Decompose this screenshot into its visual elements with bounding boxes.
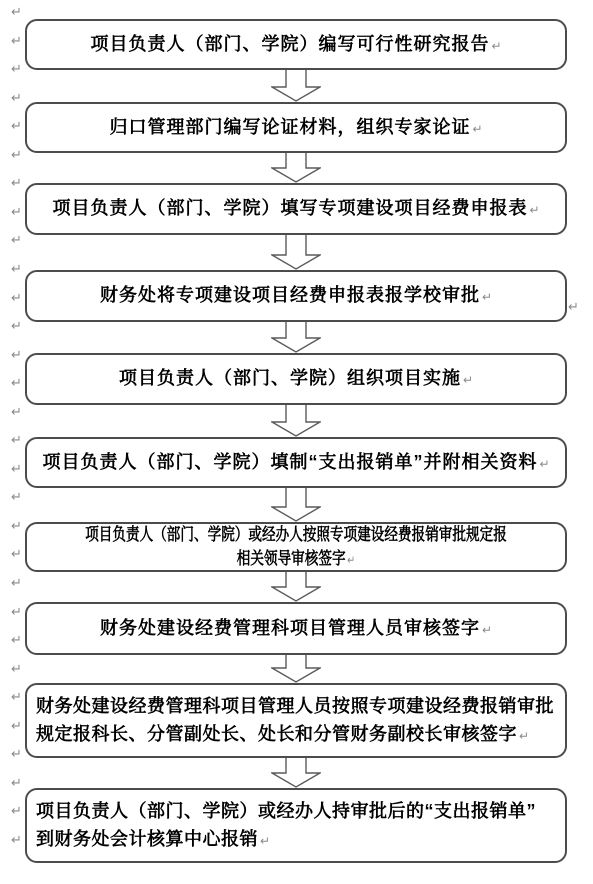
- flow-step-text: 项目负责人（部门、学院）填写专项建设项目经费申报表↵: [27, 196, 565, 222]
- flow-step-label: 项目负责人（部门、学院）填制“支出报销单”并附相关资料: [42, 452, 537, 472]
- flow-step-8: 财务处建设经费管理科项目管理人员审核签字↵: [25, 602, 567, 655]
- flow-step-text: 项目负责人（部门、学院）或经办人持审批后的“支出报销单” 到财务处会计核算中心报…: [27, 797, 565, 855]
- paragraph-mark-icon: ↵: [260, 834, 270, 848]
- paragraph-mark-icon: ↵: [482, 290, 492, 304]
- paragraph-mark-icon: ↵: [539, 457, 549, 471]
- paragraph-mark-icon: ↵: [11, 662, 22, 675]
- flow-step-label: 归口管理部门编写论证材料，组织专家论证: [109, 117, 470, 137]
- paragraph-mark-icon: ↵: [529, 203, 539, 217]
- flow-step-text: 项目负责人（部门、学院）或经办人按照专项建设经费报销审批规定报相关领导审核签字↵: [81, 523, 511, 572]
- paragraph-mark-icon: ↵: [11, 433, 22, 446]
- paragraph-mark-icon: ↵: [11, 576, 22, 589]
- paragraph-mark-icon: ↵: [11, 405, 22, 418]
- paragraph-mark-icon: ↵: [11, 747, 22, 760]
- paragraph-mark-icon: ↵: [11, 633, 22, 646]
- flow-step-label: 项目负责人（部门、学院）或经办人按照专项建设经费报销审批规定报相关领导审核签字: [85, 525, 507, 568]
- flow-step-6: 项目负责人（部门、学院）填制“支出报销单”并附相关资料↵: [25, 437, 567, 488]
- down-arrow-icon: [271, 153, 321, 183]
- flow-step-label: 项目负责人（部门、学院）或经办人持审批后的“支出报销单” 到财务处会计核算中心报…: [36, 801, 536, 849]
- flow-step-text: 财务处建设经费管理科项目管理人员按照专项建设经费报销审批 规定报科长、分管副处长…: [27, 692, 565, 750]
- paragraph-mark-icon: ↵: [11, 490, 22, 503]
- flow-step-text: 项目负责人（部门、学院）填制“支出报销单”并附相关资料↵: [27, 450, 565, 476]
- flow-step-text: 项目负责人（部门、学院）组织项目实施↵: [27, 366, 565, 392]
- flow-step-10: 项目负责人（部门、学院）或经办人持审批后的“支出报销单” 到财务处会计核算中心报…: [25, 788, 567, 863]
- paragraph-mark-icon: ↵: [11, 148, 22, 161]
- paragraph-mark-icon: ↵: [11, 176, 22, 189]
- paragraph-mark-icon: ↵: [11, 233, 22, 246]
- flow-step-label: 财务处将专项建设项目经费申报表报学校审批: [100, 285, 480, 305]
- paragraph-mark-icon: ↵: [11, 804, 22, 817]
- paragraph-mark-icon: ↵: [11, 348, 22, 361]
- flow-step-label: 项目负责人（部门、学院）编写可行性研究报告: [90, 34, 489, 54]
- flow-step-3: 项目负责人（部门、学院）填写专项建设项目经费申报表↵: [25, 183, 567, 235]
- paragraph-mark-icon: ↵: [11, 547, 22, 560]
- flow-step-label: 财务处建设经费管理科项目管理人员审核签字: [100, 618, 480, 638]
- paragraph-mark-icon: ↵: [11, 34, 22, 47]
- down-arrow-icon: [271, 488, 321, 522]
- flow-step-7: 项目负责人（部门、学院）或经办人按照专项建设经费报销审批规定报相关领导审核签字↵: [25, 522, 567, 572]
- down-arrow-icon: [271, 572, 321, 602]
- paragraph-mark-icon: ↵: [11, 205, 22, 218]
- flow-step-text: 财务处将专项建设项目经费申报表报学校审批↵: [27, 283, 565, 309]
- paragraph-mark-icon: ↵: [11, 91, 22, 104]
- paragraph-mark-icon: ↵: [11, 62, 22, 75]
- paragraph-mark-icon: ↵: [347, 553, 355, 567]
- down-arrow-icon: [271, 655, 321, 683]
- down-arrow-icon: [271, 70, 321, 102]
- paragraph-mark-icon: ↵: [11, 833, 22, 846]
- flow-step-5: 项目负责人（部门、学院）组织项目实施↵: [25, 353, 567, 405]
- paragraph-mark-icon: ↵: [11, 719, 22, 732]
- paragraph-mark-icon: ↵: [11, 291, 22, 304]
- flow-step-1: 项目负责人（部门、学院）编写可行性研究报告↵: [25, 19, 567, 70]
- flow-step-label: 项目负责人（部门、学院）填写专项建设项目经费申报表: [52, 198, 527, 218]
- flow-step-9: 财务处建设经费管理科项目管理人员按照专项建设经费报销审批 规定报科长、分管副处长…: [25, 683, 567, 758]
- down-arrow-icon: [271, 758, 321, 788]
- paragraph-mark-icon: ↵: [11, 605, 22, 618]
- paragraph-mark-icon: ↵: [568, 300, 579, 313]
- paragraph-mark-icon: ↵: [11, 5, 22, 18]
- down-arrow-icon: [271, 322, 321, 353]
- flow-step-label: 项目负责人（部门、学院）组织项目实施: [119, 368, 461, 388]
- paragraph-mark-icon: ↵: [519, 729, 529, 743]
- paragraph-mark-icon: ↵: [11, 690, 22, 703]
- paragraph-mark-icon: ↵: [482, 623, 492, 637]
- down-arrow-icon: [271, 405, 321, 437]
- paragraph-mark-icon: ↵: [11, 319, 22, 332]
- paragraph-mark-icon: ↵: [11, 262, 22, 275]
- paragraph-mark-icon: ↵: [472, 122, 482, 136]
- flow-step-4: 财务处将专项建设项目经费申报表报学校审批↵: [25, 270, 567, 322]
- flow-step-text: 归口管理部门编写论证材料，组织专家论证↵: [27, 115, 565, 141]
- down-arrow-icon: [271, 235, 321, 270]
- paragraph-mark-icon: ↵: [11, 519, 22, 532]
- flow-step-text: 项目负责人（部门、学院）编写可行性研究报告↵: [27, 32, 565, 58]
- paragraph-mark-icon: ↵: [463, 373, 473, 387]
- paragraph-mark-icon: ↵: [11, 119, 22, 132]
- paragraph-mark-icon: ↵: [11, 776, 22, 789]
- flow-step-2: 归口管理部门编写论证材料，组织专家论证↵: [25, 102, 567, 153]
- paragraph-mark-icon: ↵: [11, 462, 22, 475]
- paragraph-mark-icon: ↵: [491, 39, 501, 53]
- paragraph-mark-icon: ↵: [11, 376, 22, 389]
- flow-step-text: 财务处建设经费管理科项目管理人员审核签字↵: [27, 616, 565, 642]
- flow-step-label: 财务处建设经费管理科项目管理人员按照专项建设经费报销审批 规定报科长、分管副处长…: [36, 696, 554, 744]
- flowchart-canvas: ↵↵↵↵↵↵↵↵↵↵↵↵↵↵↵↵↵↵↵↵↵↵↵↵↵↵↵↵↵↵↵ 项目负责人（部门…: [0, 0, 593, 884]
